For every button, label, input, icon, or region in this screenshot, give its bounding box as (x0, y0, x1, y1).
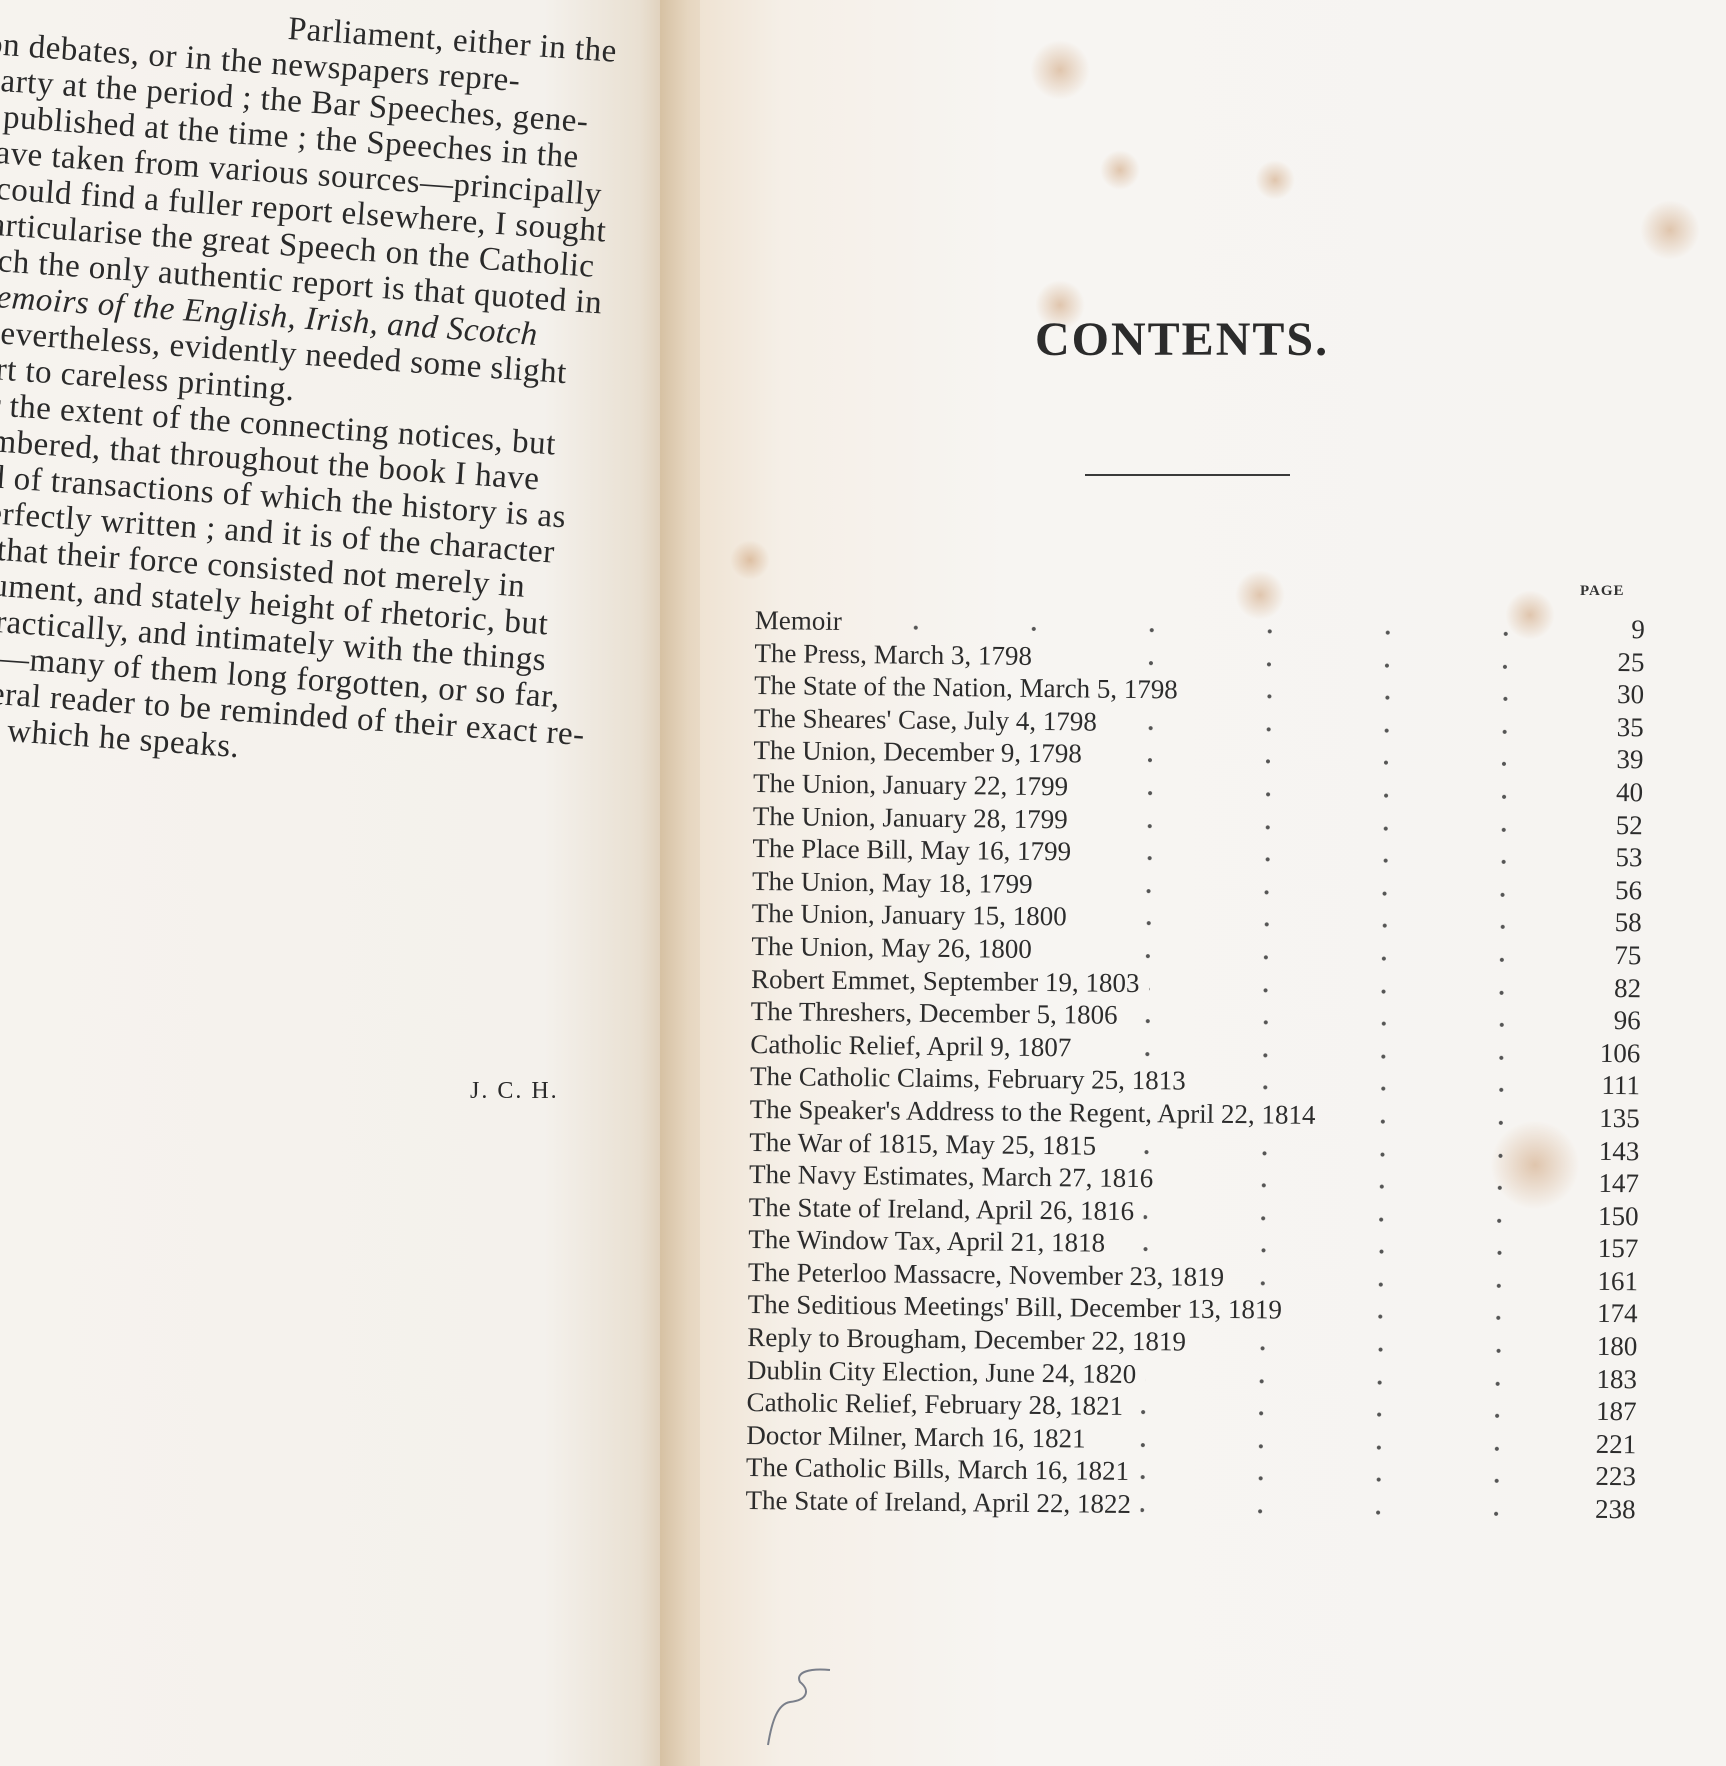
toc-entry-page: 53 (1572, 842, 1642, 874)
toc-entry-page: 52 (1573, 809, 1643, 841)
dot-leader (1146, 1377, 1557, 1387)
toc-entry-page: 143 (1569, 1135, 1639, 1167)
dot-leader (1196, 1084, 1560, 1094)
foxing-stain (1030, 40, 1090, 100)
toc-entry-title: The Union, May 26, 1800 (751, 931, 1032, 965)
toc-entry-title: The Seditious Meetings' Bill, December 1… (748, 1289, 1283, 1326)
dot-leader (1133, 1409, 1557, 1419)
toc-entry-page: 82 (1571, 972, 1641, 1004)
foxing-stain (1100, 150, 1140, 190)
toc-entry-title: The Union, January 22, 1799 (753, 768, 1068, 802)
toc-entry-title: Robert Emmet, September 19, 1803 (751, 964, 1140, 999)
toc-entry-title: The Press, March 3, 1798 (754, 638, 1032, 672)
dot-leader (1292, 1313, 1558, 1322)
toc-entry-page: 40 (1573, 777, 1643, 809)
toc-entry-page: 157 (1568, 1233, 1638, 1265)
toc-entry-title: The Union, January 28, 1799 (753, 801, 1068, 835)
dot-leader (1042, 659, 1565, 670)
dot-leader (1144, 1214, 1559, 1224)
toc-entry-title: The Union, May 18, 1799 (752, 866, 1033, 900)
pencil-mark-icon (760, 1660, 880, 1750)
toc-entry-page: 39 (1573, 744, 1643, 776)
dot-leader (1042, 887, 1562, 898)
foxing-stain (1255, 160, 1295, 200)
dot-leader (1081, 855, 1562, 866)
toc-entry-page: 30 (1574, 679, 1644, 711)
dot-leader (1141, 1507, 1556, 1517)
toc-entry-page: 58 (1572, 907, 1642, 939)
dot-leader (1077, 920, 1562, 931)
toc-entry-page: 238 (1565, 1494, 1635, 1526)
toc-entry-title: The State of Ireland, April 26, 1816 (749, 1192, 1135, 1227)
toc-entry-page: 221 (1566, 1428, 1636, 1460)
dot-leader (1115, 1246, 1558, 1257)
dot-leader (1149, 986, 1561, 996)
toc-entry-page: 56 (1572, 874, 1642, 906)
dot-leader (1106, 1148, 1559, 1159)
page-column-header: PAGE (1580, 583, 1625, 600)
toc-entry-title: Reply to Brougham, December 22, 1819 (747, 1322, 1186, 1358)
toc-entry-title: The War of 1815, May 25, 1815 (749, 1126, 1096, 1161)
toc-entry-title: Memoir (755, 605, 842, 637)
toc-entry-title: The State of the Nation, March 5, 1798 (754, 670, 1178, 705)
toc-entry-title: The Navy Estimates, March 27, 1816 (749, 1159, 1153, 1194)
foxing-stain (1640, 200, 1700, 260)
dot-leader (1092, 757, 1564, 768)
toc-entry-title: The Union, January 15, 1800 (752, 898, 1067, 932)
dot-leader (852, 624, 1565, 637)
left-page: Parliament, either in the on debates, or… (0, 0, 680, 1766)
dot-leader (1234, 1280, 1558, 1289)
toc-entry-title: The Union, December 9, 1798 (753, 735, 1082, 769)
right-page: CONTENTS. PAGE Memoir9 The Press, March … (700, 0, 1726, 1766)
dot-leader (1096, 1441, 1557, 1452)
toc-entry-page: 180 (1567, 1331, 1637, 1363)
open-book-spread: Parliament, either in the on debates, or… (0, 0, 1726, 1766)
contents-heading: CONTENTS. (1035, 312, 1329, 367)
toc-entry-page: 147 (1569, 1168, 1639, 1200)
toc-entry-page: 111 (1570, 1070, 1640, 1102)
dot-leader (1163, 1181, 1559, 1191)
toc-entry-page: 96 (1571, 1005, 1641, 1037)
dot-leader (1139, 1475, 1556, 1485)
toc-entry-title: Doctor Milner, March 16, 1821 (746, 1420, 1086, 1455)
toc-entry-title: The Speaker's Address to the Regent, Apr… (750, 1094, 1316, 1131)
toc-entry-page: 25 (1574, 646, 1644, 678)
toc-entry-page: 35 (1574, 711, 1644, 743)
dot-leader (1081, 1050, 1560, 1061)
preface-text: Parliament, either in the on debates, or… (0, 0, 678, 792)
dot-leader (1078, 789, 1563, 800)
dot-leader (1128, 1018, 1561, 1029)
toc-entry-page: 223 (1566, 1461, 1636, 1493)
toc-entry-title: The Threshers, December 5, 1806 (751, 996, 1118, 1031)
toc-entry-title: The State of Ireland, April 22, 1822 (745, 1485, 1131, 1520)
toc-entry-page: 75 (1571, 940, 1641, 972)
dot-leader (1196, 1345, 1557, 1355)
toc-entry-title: The Peterloo Massacre, November 23, 1819 (748, 1257, 1224, 1293)
toc-entry-title: Catholic Relief, February 28, 1821 (746, 1387, 1123, 1422)
foxing-stain (730, 540, 770, 580)
toc-entry-title: The Catholic Bills, March 16, 1821 (746, 1452, 1130, 1487)
title-rule-divider (1085, 474, 1290, 476)
author-initials: J. C. H. (470, 1078, 559, 1105)
toc-entry-page: 106 (1570, 1037, 1640, 1069)
toc-entry-page: 150 (1568, 1200, 1638, 1232)
toc-entry-page: 187 (1566, 1396, 1636, 1428)
toc-entry-title: The Catholic Claims, February 25, 1813 (750, 1061, 1186, 1097)
toc-entry-title: Catholic Relief, April 9, 1807 (750, 1029, 1071, 1063)
toc-entry-title: The Place Bill, May 16, 1799 (752, 833, 1071, 867)
toc-entry-page: 183 (1567, 1363, 1637, 1395)
toc-entry-title: Dublin City Election, June 24, 1820 (747, 1355, 1137, 1390)
dot-leader (1107, 724, 1564, 735)
dot-leader (1325, 1118, 1559, 1126)
table-of-contents: Memoir9 The Press, March 3, 179825 The S… (745, 605, 1645, 1527)
dot-leader (1042, 952, 1562, 963)
dot-leader (1188, 693, 1564, 703)
toc-entry-title: The Window Tax, April 21, 1818 (748, 1224, 1105, 1259)
dot-leader (1078, 822, 1563, 833)
toc-entry-page: 174 (1567, 1298, 1637, 1330)
toc-entry-page: 9 (1575, 614, 1645, 646)
toc-entry-page: 135 (1570, 1102, 1640, 1134)
toc-entry-page: 161 (1568, 1265, 1638, 1297)
toc-entry-title: The Sheares' Case, July 4, 1798 (754, 703, 1097, 738)
